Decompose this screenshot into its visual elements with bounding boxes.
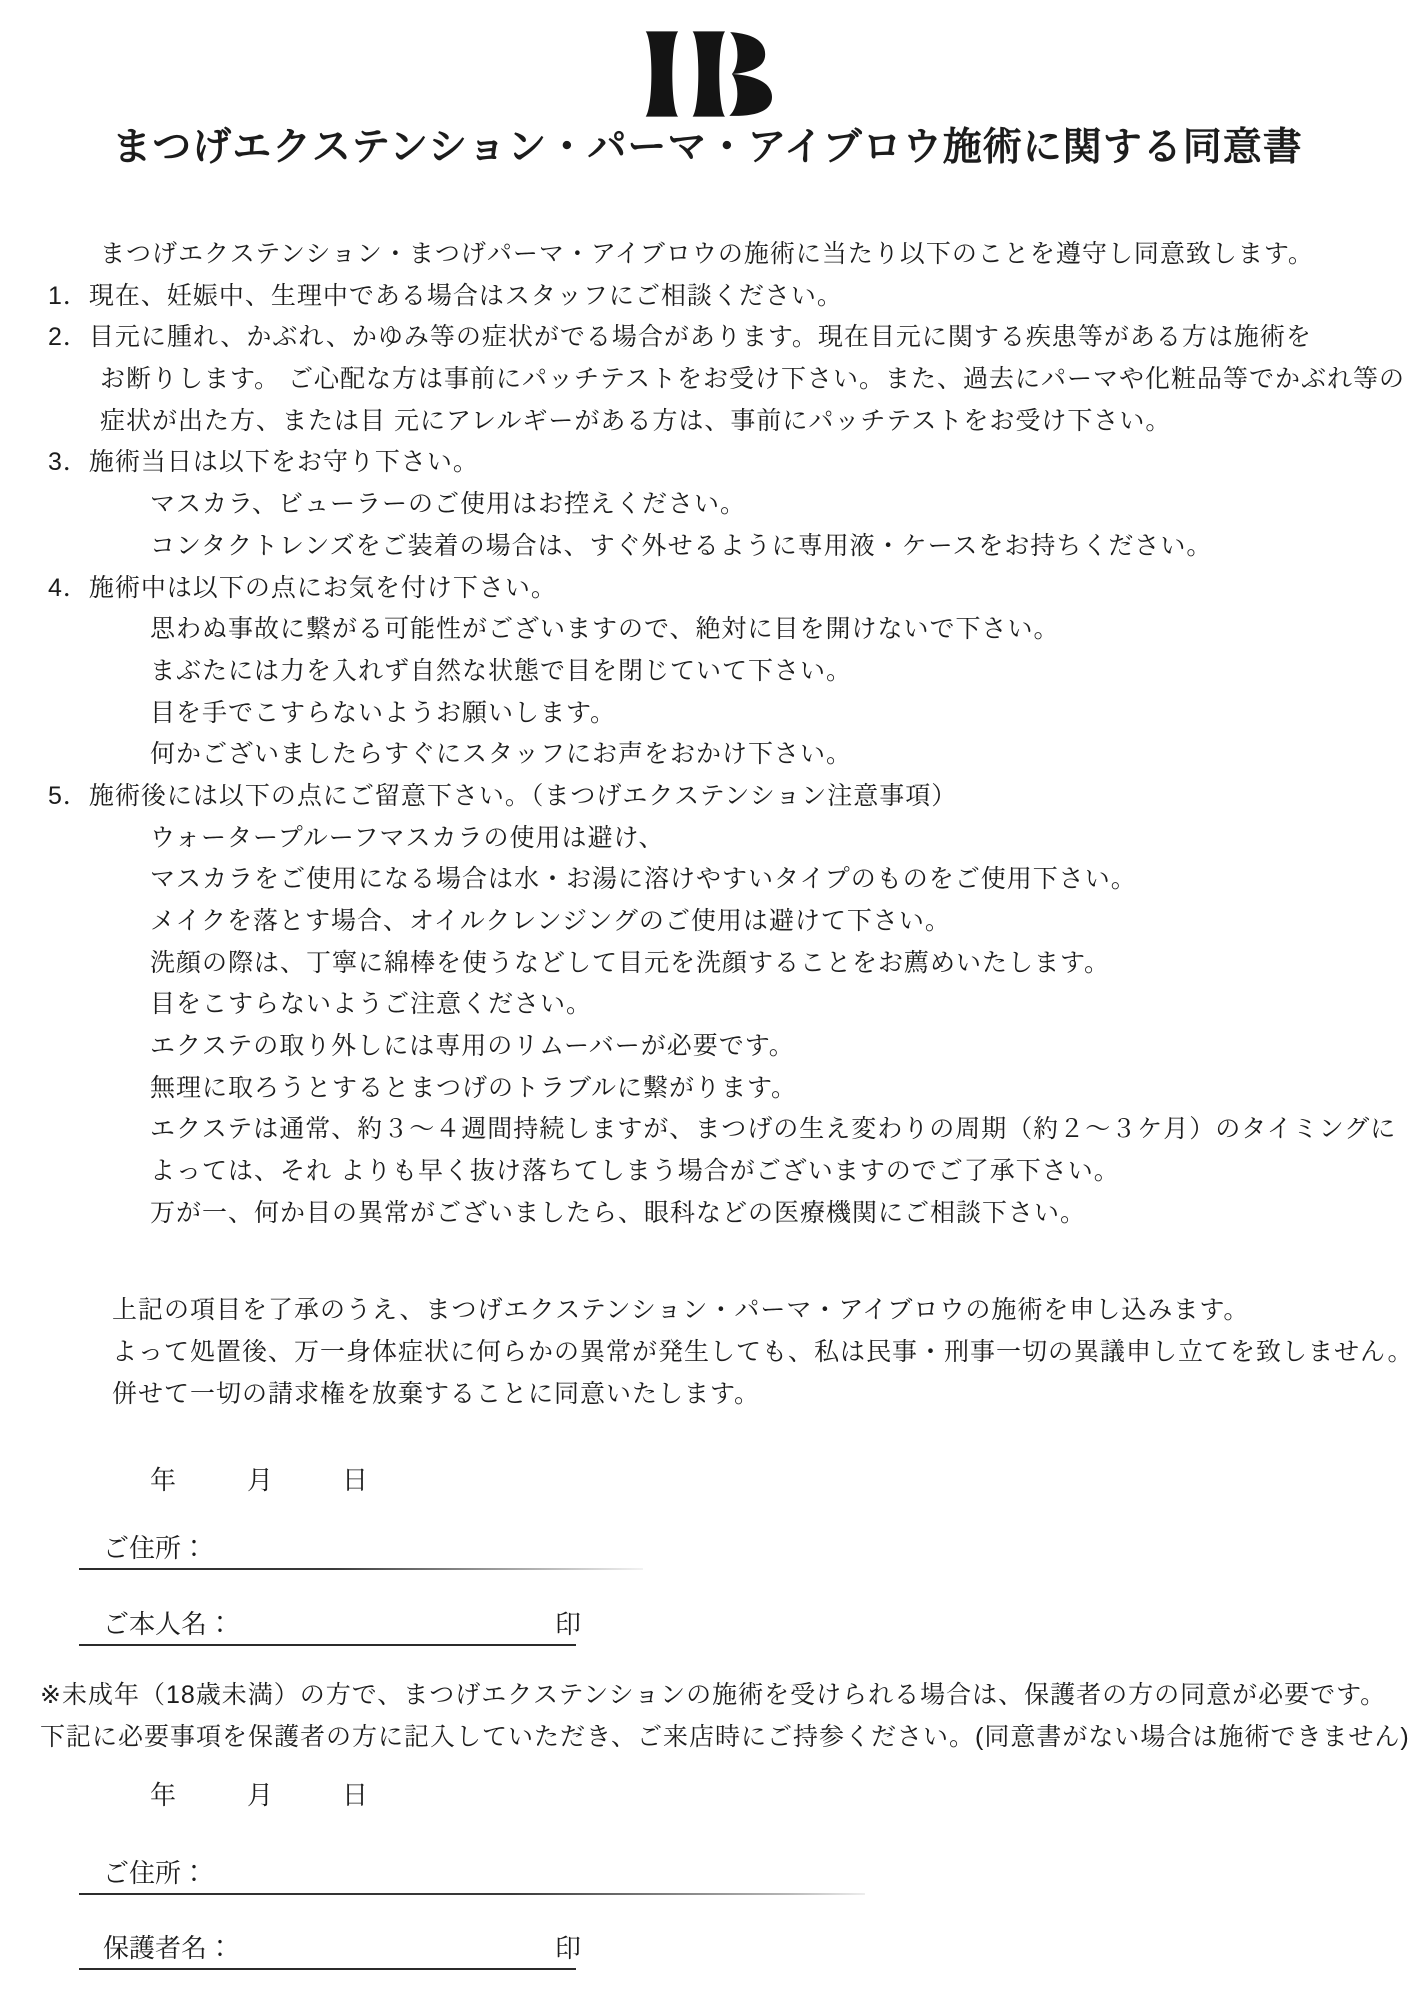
- address-label: ご住所：: [79, 1533, 207, 1563]
- item-2-cont: 症状が出た方、または目 元にアレルギーがある方は、事前にパッチテストをお受け下さ…: [0, 401, 1415, 443]
- guardian-name-label: 保護者名：: [79, 1933, 233, 1963]
- terms-body: まつげエクステンション・まつげパーマ・アイブロウの施術に当たり以下のことを遵守し…: [0, 234, 1415, 1235]
- item-2-cont: お断りします。 ご心配な方は事前にパッチテストをお受け下さい。また、過去にパーマ…: [0, 359, 1415, 401]
- item-1: 1．現在、妊娠中、生理中である場合はスタッフにご相談ください。: [0, 276, 1415, 318]
- page-title: まつげエクステンション・パーマ・アイブロウ施術に関する同意書: [0, 116, 1415, 172]
- minor-note-line: 下記に必要事項を保護者の方に記入していただき、ご来店時にご持参ください。(同意書…: [0, 1716, 1415, 1758]
- day-label: 日: [342, 1460, 368, 1500]
- applicant-name-field: ご本人名： 印: [79, 1604, 576, 1646]
- item-5-sub: よっては、それ よりも早く抜け落ちてしまう場合がございますのでご了承下さい。: [0, 1151, 1415, 1193]
- item-5-sub: マスカラをご使用になる場合は水・お湯に溶けやすいタイプのものをご使用下さい。: [0, 859, 1415, 901]
- item-4-sub: 思わぬ事故に繋がる可能性がございますので、絶対に目を開けないで下さい。: [0, 609, 1415, 651]
- agreement-line: 併せて一切の請求権を放棄することに同意いたします。: [0, 1373, 1415, 1415]
- minor-note-line: ※未成年（18歳未満）の方で、まつげエクステンションの施術を受けられる場合は、保…: [0, 1674, 1415, 1716]
- item-2: 2．目元に腫れ、かぶれ、かゆみ等の症状がでる場合があります。現在目元に関する疾患…: [0, 317, 1415, 359]
- item-5-sub: 無理に取ろうとするとまつげのトラブルに繋がります。: [0, 1068, 1415, 1110]
- guardian-address-field: ご住所：: [79, 1853, 865, 1893]
- item-5-sub: エクステの取り外しには専用のリムーバーが必要です。: [0, 1026, 1415, 1068]
- address-label: ご住所：: [79, 1858, 207, 1888]
- guardian-name-field: 保護者名： 印: [79, 1928, 576, 1970]
- seal-mark: 印: [555, 1928, 581, 1968]
- month-label: 月: [247, 1460, 273, 1500]
- day-label: 日: [342, 1775, 368, 1815]
- item-5-sub: 目をこすらないようご注意ください。: [0, 984, 1415, 1026]
- item-5-sub: エクステは通常、約３〜４週間持続しますが、まつげの生え変わりの周期（約２〜３ケ月…: [0, 1109, 1415, 1151]
- guardian-date-row: 年 月 日: [0, 1775, 1415, 1815]
- item-5-sub: メイクを落とす場合、オイルクレンジングのご使用は避けて下さい。: [0, 901, 1415, 943]
- item-5: 5．施術後には以下の点にご留意下さい。（まつげエクステンション注意事項）: [0, 776, 1415, 818]
- seal-mark: 印: [555, 1604, 581, 1644]
- item-5-sub: 洗顔の際は、丁寧に綿棒を使うなどして目元を洗顔することをお薦めいたします。: [0, 943, 1415, 985]
- agreement-paragraph: 上記の項目を了承のうえ、まつげエクステンション・パーマ・アイブロウの施術を申し込…: [0, 1289, 1415, 1415]
- year-label: 年: [150, 1775, 176, 1815]
- item-3: 3．施術当日は以下をお守り下さい。: [0, 442, 1415, 484]
- applicant-address-field: ご住所：: [79, 1528, 643, 1568]
- item-4-sub: 目を手でこすらないようお願いします。: [0, 693, 1415, 735]
- minor-consent-note: ※未成年（18歳未満）の方で、まつげエクステンションの施術を受けられる場合は、保…: [0, 1674, 1415, 1758]
- applicant-date-row: 年 月 日: [0, 1460, 1415, 1500]
- item-4-sub: 何かございましたらすぐにスタッフにお声をおかけ下さい。: [0, 734, 1415, 776]
- month-label: 月: [247, 1775, 273, 1815]
- agreement-line: よって処置後、万一身体症状に何らかの異常が発生しても、私は民事・刑事一切の異議申…: [0, 1331, 1415, 1373]
- name-label: ご本人名：: [79, 1609, 233, 1639]
- item-4: 4．施術中は以下の点にお気を付け下さい。: [0, 568, 1415, 610]
- agreement-line: 上記の項目を了承のうえ、まつげエクステンション・パーマ・アイブロウの施術を申し込…: [0, 1289, 1415, 1331]
- ib-logo-icon: [644, 28, 772, 120]
- item-3-sub: コンタクトレンズをご装着の場合は、すぐ外せるように専用液・ケースをお持ちください…: [0, 526, 1415, 568]
- item-3-sub: マスカラ、ビューラーのご使用はお控えください。: [0, 484, 1415, 526]
- consent-form-document: まつげエクステンション・パーマ・アイブロウ施術に関する同意書 まつげエクステンシ…: [0, 0, 1415, 2000]
- ib-logo: [0, 28, 1415, 125]
- item-5-sub: ウォータープルーフマスカラの使用は避け、: [0, 818, 1415, 860]
- item-4-sub: まぶたには力を入れず自然な状態で目を閉じていて下さい。: [0, 651, 1415, 693]
- item-5-sub: 万が一、何か目の異常がございましたら、眼科などの医療機関にご相談下さい。: [0, 1193, 1415, 1235]
- year-label: 年: [150, 1460, 176, 1500]
- intro-line: まつげエクステンション・まつげパーマ・アイブロウの施術に当たり以下のことを遵守し…: [0, 234, 1415, 276]
